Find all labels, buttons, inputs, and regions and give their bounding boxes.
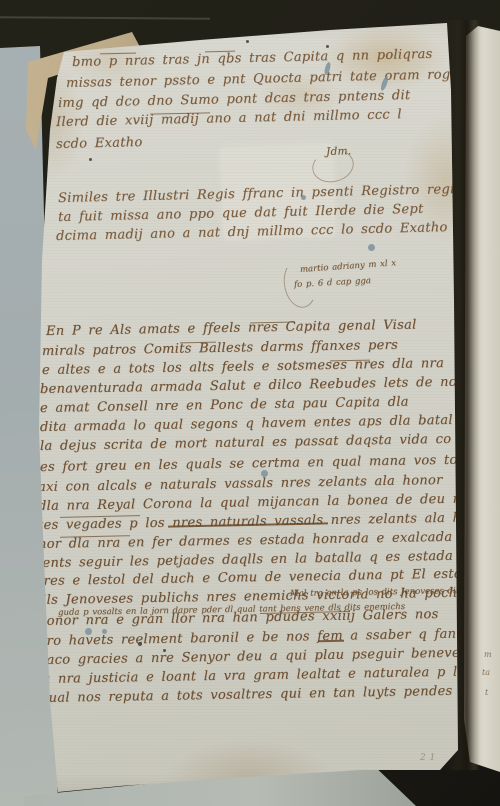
letter-line: e altes e a tots los alts feels e sotsme… xyxy=(42,356,444,378)
letter-line: axi con alcals e naturals vassals nres z… xyxy=(38,473,443,495)
letter-line: dita armada lo qual segons q havem entes… xyxy=(40,413,453,435)
manuscript-page: bmo p nras tras jn qbs tras Capita q nn … xyxy=(0,0,500,806)
letter-line: e amat Consell nre en Ponc de sta pau Ca… xyxy=(40,395,409,416)
ink-fleck xyxy=(163,649,166,652)
letter-line: la nra justicia e loant la vra gram leal… xyxy=(38,665,466,687)
ink-fleck xyxy=(89,158,92,161)
folio-number: 2 1 xyxy=(420,753,436,763)
letter-line: qual nos reputa a tots vosaltres qui en … xyxy=(40,683,477,706)
ink-fleck xyxy=(246,40,249,43)
archival-note-line: martio adriany m xl x xyxy=(300,258,397,275)
adjacent-folio-glyph: m xyxy=(484,650,492,659)
verdigris-spot xyxy=(261,470,268,477)
photo-backdrop: m ta t bmo p nras tras jn qbs tras Capit… xyxy=(0,0,500,806)
letter-line: es fort greu en les quals se certma en q… xyxy=(40,452,470,475)
letter-line: mirals patros Comits Ballests darms ffan… xyxy=(42,338,398,359)
ink-fleck xyxy=(138,642,142,646)
letter-line: la dejus scrita de mort natural es passa… xyxy=(40,431,483,454)
adjacent-folio-glyph: t xyxy=(485,688,488,697)
verdigris-spot xyxy=(368,244,375,251)
verdigris-spot xyxy=(85,628,92,635)
verdigris-spot xyxy=(301,195,306,200)
idem-mark: Jdm. xyxy=(326,145,352,158)
registry-line: Ilerd die xviij madij ano a nat dni mill… xyxy=(56,107,402,130)
backdrop-table-edge xyxy=(0,16,210,19)
letter-line: En P re Als amats e ffeels nres Capita g… xyxy=(46,318,417,339)
verdigris-spot xyxy=(102,629,107,634)
adjacent-folio-glyph: ta xyxy=(482,668,490,677)
ink-fleck xyxy=(326,45,329,48)
registry-line: bmo p nras tras jn qbs tras Capita q nn … xyxy=(72,47,433,70)
registry-line: scdo Exatho xyxy=(56,135,143,152)
